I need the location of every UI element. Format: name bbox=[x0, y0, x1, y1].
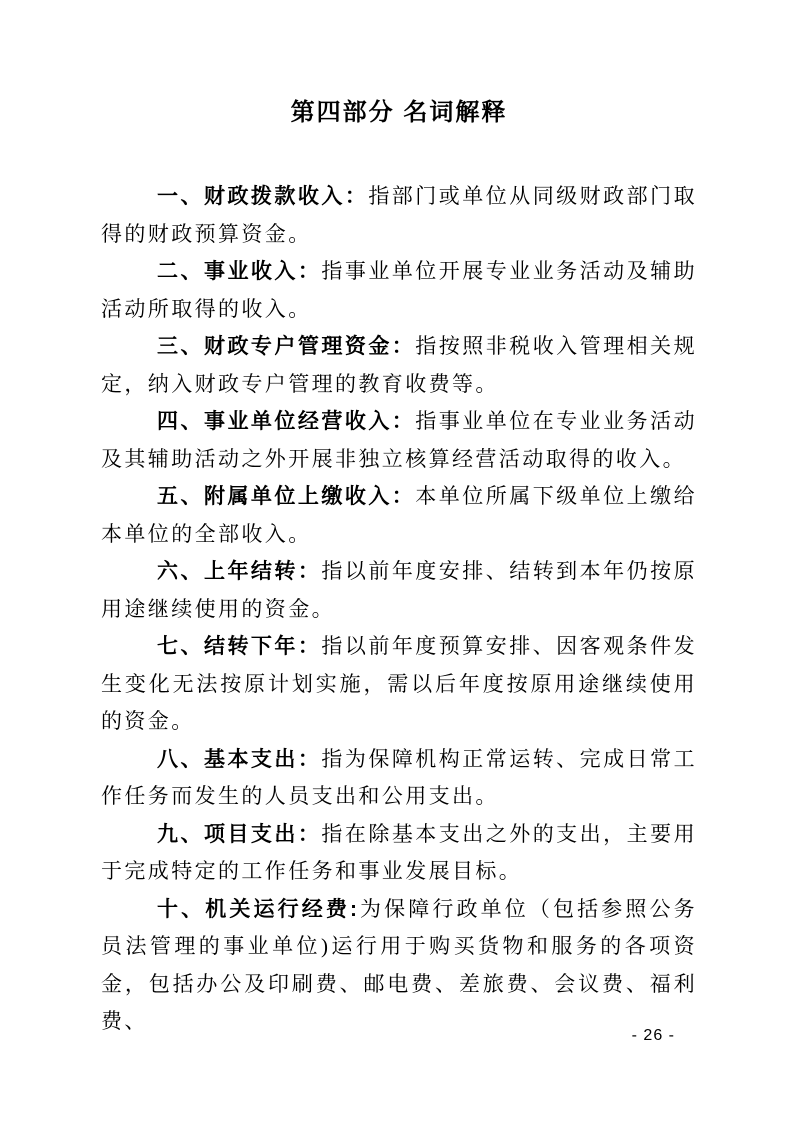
glossary-term: 九、项目支出： bbox=[157, 823, 321, 846]
glossary-item-10: 十、机关运行经费:为保障行政单位（包括参照公务员法管理的事业单位)运行用于购买货… bbox=[101, 891, 697, 1041]
glossary-term: 二、事业收入： bbox=[157, 260, 321, 283]
glossary-item-8: 八、基本支出：指为保障机构正常运转、完成日常工作任务而发生的人员支出和公用支出。 bbox=[101, 741, 697, 816]
glossary-term: 三、财政专户管理资金： bbox=[157, 335, 415, 358]
page-number: - 26 - bbox=[632, 1027, 675, 1045]
glossary-item-9: 九、项目支出：指在除基本支出之外的支出，主要用于完成特定的工作任务和事业发展目标… bbox=[101, 816, 697, 891]
document-page: 第四部分 名词解释 一、财政拨款收入：指部门或单位从同级财政部门取得的财政预算资… bbox=[0, 0, 793, 1122]
glossary-item-1: 一、财政拨款收入：指部门或单位从同级财政部门取得的财政预算资金。 bbox=[101, 178, 697, 253]
glossary-item-7: 七、结转下年：指以前年度预算安排、因客观条件发生变化无法按原计划实施，需以后年度… bbox=[101, 628, 697, 741]
glossary-term: 四、事业单位经营收入： bbox=[157, 410, 415, 433]
glossary-item-6: 六、上年结转：指以前年度安排、结转到本年仍按原用途继续使用的资金。 bbox=[101, 553, 697, 628]
glossary-term: 一、财政拨款收入： bbox=[157, 185, 368, 208]
glossary-item-5: 五、附属单位上缴收入：本单位所属下级单位上缴给本单位的全部收入。 bbox=[101, 478, 697, 553]
glossary-item-2: 二、事业收入：指事业单位开展专业业务活动及辅助活动所取得的收入。 bbox=[101, 253, 697, 328]
page-title: 第四部分 名词解释 bbox=[101, 96, 697, 130]
glossary-item-4: 四、事业单位经营收入：指事业单位在专业业务活动及其辅助活动之外开展非独立核算经营… bbox=[101, 403, 697, 478]
glossary-item-3: 三、财政专户管理资金：指按照非税收入管理相关规定，纳入财政专户管理的教育收费等。 bbox=[101, 328, 697, 403]
glossary-term: 十、机关运行经费: bbox=[157, 898, 359, 921]
glossary-term: 六、上年结转： bbox=[157, 560, 321, 583]
glossary-term: 五、附属单位上缴收入： bbox=[157, 485, 415, 508]
glossary-term: 七、结转下年： bbox=[157, 635, 321, 658]
glossary-term: 八、基本支出： bbox=[157, 748, 321, 771]
